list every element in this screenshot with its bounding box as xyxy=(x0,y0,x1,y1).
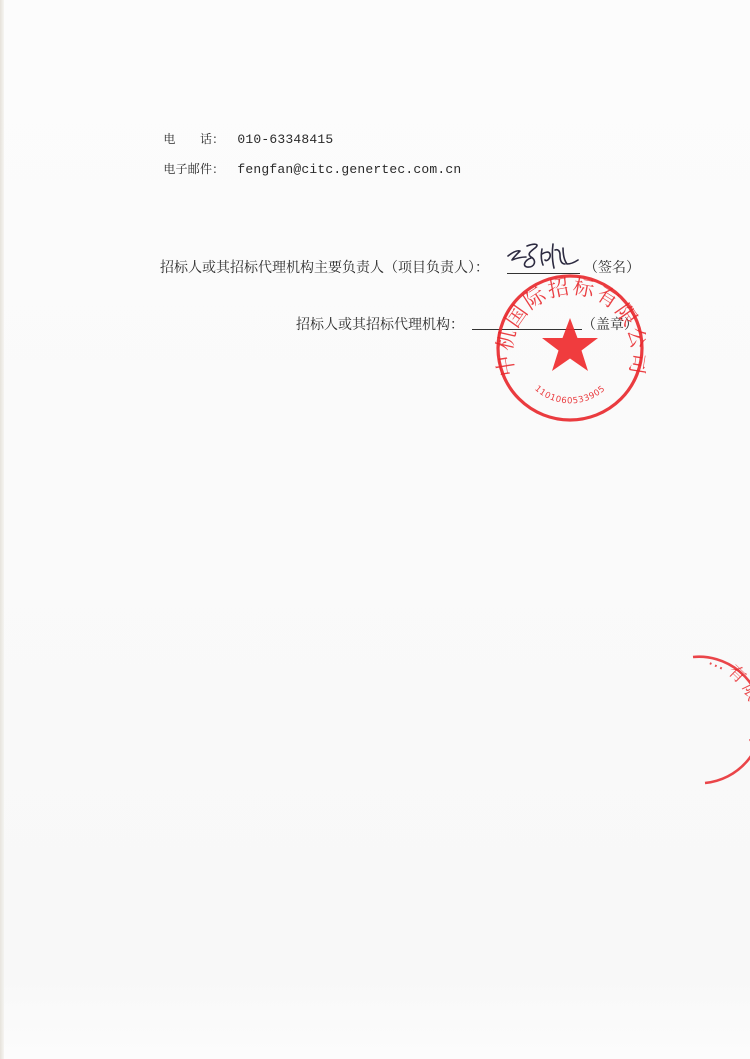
phone-row: 电 话：010-63348415 xyxy=(155,115,333,147)
company-seal-stamp: 中机国际招标有限公司 1101060533905 xyxy=(494,272,646,424)
handwritten-signature xyxy=(505,240,580,274)
svg-text:1101060533905: 1101060533905 xyxy=(532,384,607,406)
signer-label: 招标人或其招标代理机构主要负责人（项目负责人）： xyxy=(160,257,489,277)
sign-suffix: （签名） xyxy=(584,257,640,277)
partial-seal-text: …有限公司 xyxy=(706,655,750,751)
agency-seal-line xyxy=(472,329,582,330)
agency-label: 招标人或其招标代理机构： xyxy=(296,314,464,334)
partial-seam-stamp: …有限公司 xyxy=(683,655,750,785)
seal-code: 1101060533905 xyxy=(532,384,607,406)
email-label: 电子邮件： xyxy=(163,160,237,177)
email-value: fengfan@citc.genertec.com.cn xyxy=(237,162,461,177)
page-edge xyxy=(0,0,4,1059)
seal-suffix: （盖章） xyxy=(582,314,638,334)
email-row: 电子邮件：fengfan@citc.genertec.com.cn xyxy=(155,145,461,177)
svg-text:…有限公司: …有限公司 xyxy=(706,655,750,751)
